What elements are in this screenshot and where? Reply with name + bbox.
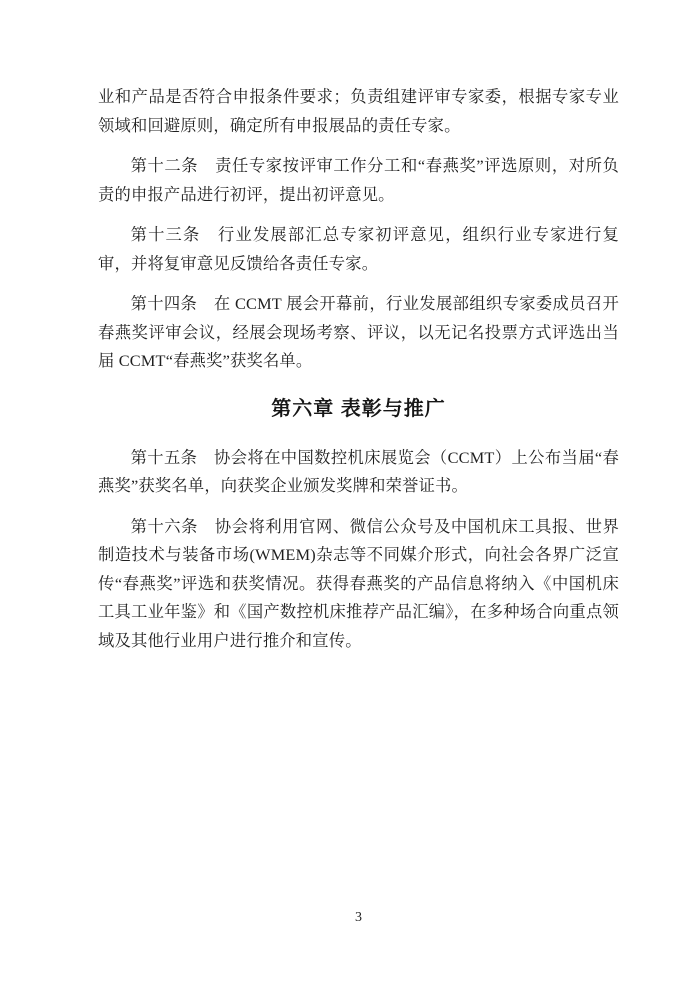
body-paragraph-continuation: 业和产品是否符合申报条件要求；负责组建评审专家委，根据专家专业领域和回避原则，确… bbox=[98, 83, 619, 140]
page-number: 3 bbox=[98, 908, 619, 928]
chapter-heading: 第六章 表彰与推广 bbox=[98, 392, 619, 421]
body-paragraph-article-12: 第十二条 责任专家按评审工作分工和“春燕奖”评选原则，对所负责的申报产品进行初评… bbox=[98, 152, 619, 209]
document-body: 业和产品是否符合申报条件要求；负责组建评审专家委，根据专家专业领域和回避原则，确… bbox=[98, 83, 619, 667]
body-paragraph-article-14: 第十四条 在 CCMT 展会开幕前，行业发展部组织专家委成员召开春燕奖评审会议，… bbox=[98, 290, 619, 376]
body-paragraph-article-13: 第十三条 行业发展部汇总专家初评意见，组织行业专家进行复审，并将复审意见反馈给各… bbox=[98, 221, 619, 278]
body-paragraph-article-15: 第十五条 协会将在中国数控机床展览会（CCMT）上公布当届“春燕奖”获奖名单，向… bbox=[98, 444, 619, 501]
document-page: 业和产品是否符合申报条件要求；负责组建评审专家委，根据专家专业领域和回避原则，确… bbox=[0, 0, 700, 990]
body-paragraph-article-16: 第十六条 协会将利用官网、微信公众号及中国机床工具报、世界制造技术与装备市场(W… bbox=[98, 513, 619, 656]
